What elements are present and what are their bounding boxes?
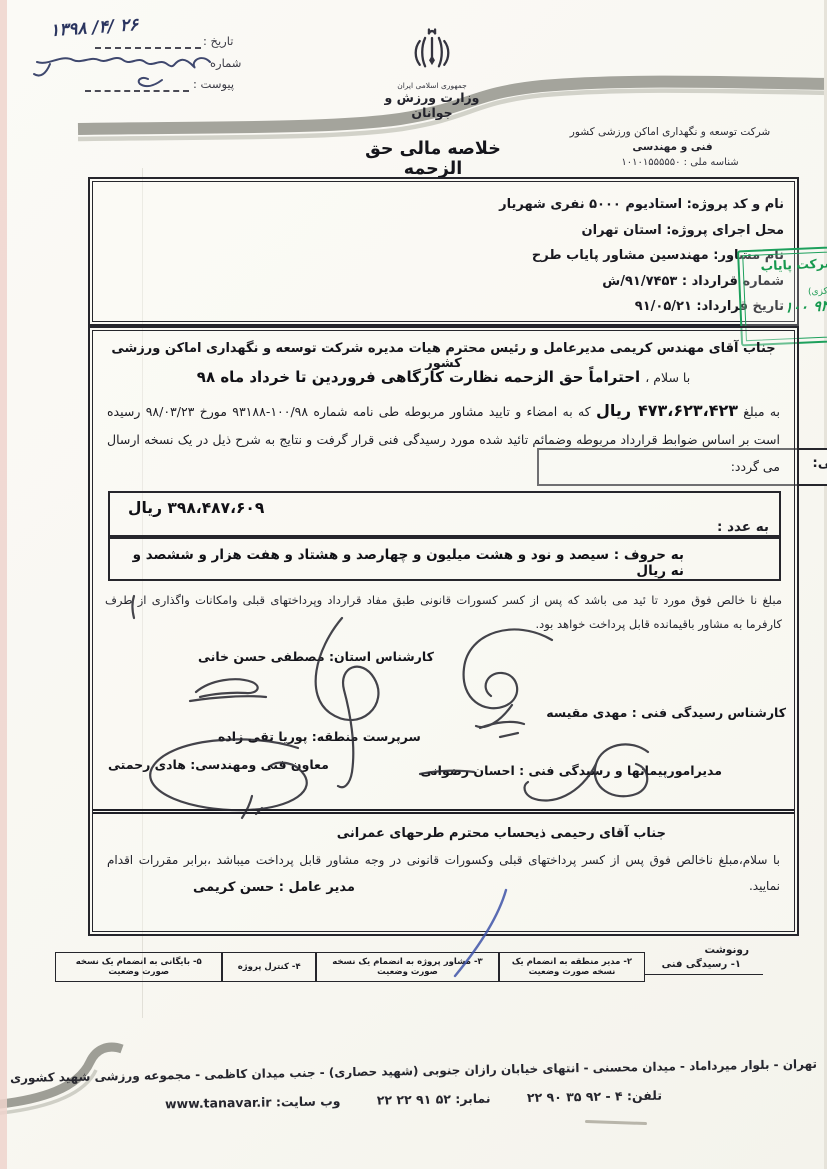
website-value: www.tanavar.ir: [165, 1094, 272, 1111]
company-logo: [625, 64, 827, 128]
signature-label-contracts-manager: مدیرامورپیمانها و رسیدگی فنی : احسان رضو…: [420, 763, 722, 778]
project-info-box: نام و کد پروژه: استادیوم ۵۰۰۰ نفری شهریا…: [88, 177, 799, 326]
section-divider: [93, 809, 794, 820]
managing-director-signature-label: مدیر عامل : حسن کریمی: [193, 880, 355, 895]
contract-number-row: شماره قرارداد : ۹۱/۷۴۵۳/ش: [364, 269, 784, 295]
letter-subject-line: با سلام ، احتراماً حق الزحمه نظارت کارگا…: [93, 367, 794, 386]
salutation: با سلام ،: [645, 370, 690, 385]
fax-label: نمابر:: [455, 1091, 491, 1107]
website-label: وب سایت:: [276, 1093, 341, 1109]
footer-phone: تلفن: ۴ - ۹۲ ۳۵ ۹۰ ۲۲: [522, 1088, 662, 1105]
phone-value: ۴ - ۹۲ ۳۵ ۹۰ ۲۲: [527, 1088, 623, 1105]
ministry-letterhead: جمهوری اسلامی ایران وزارت ورزش و جوانان: [372, 26, 492, 120]
signature-label-deputy: معاون فنی ومهندسی: هادی رحمتی: [108, 757, 329, 772]
stamp-title: ورود به دفتر شرکت پایاب طرح: [747, 251, 827, 289]
fine-print-note: مبلغ نا خالص فوق مورد تا ئید می باشد که …: [105, 588, 782, 636]
amount-prefix: به مبلغ: [743, 404, 780, 419]
document-title: خلاصه مالی حق الزحمه: [338, 139, 528, 179]
routing-label: رونوشت: [645, 944, 763, 956]
fax-value: ۵۲ ۹۱ ۲۲ ۲۲: [377, 1091, 451, 1107]
stamp-number-value: ۱۰۰ ــ ۹۸ ــ ۹۴.۱۱: [783, 296, 827, 317]
scan-edge-artifact: [0, 0, 7, 1169]
signature-label-province-expert: کارشناس استان: مصطفی حسن خانی: [198, 649, 434, 664]
previous-payment-label: پرداخت قبلی:: [812, 455, 827, 471]
footer-fax: نمابر: ۵۲ ۹۱ ۲۲ ۲۲: [372, 1091, 490, 1108]
company-national-id: شناسه ملی : ۱۰۱۰۱۵۵۵۵۵۰: [585, 157, 775, 168]
footer-website: وب سایت: www.tanavar.ir: [165, 1093, 341, 1111]
routing-item-3: ۳- مشاور پروژه به انضمام یک نسخه صورت وض…: [316, 952, 499, 982]
date-dashes: [95, 46, 201, 49]
attachment-label: پیوست :: [193, 77, 234, 91]
amount-in-words: به حروف : سیصد و نود و هشت میلیون و چهار…: [118, 547, 684, 579]
consultant-row: نام مشاور: مهندسین مشاور پایاب طرح: [364, 243, 784, 269]
letter-body-box-inner: جناب آقای مهندس کریمی مدیرعامل و رئیس مح…: [92, 330, 795, 932]
scanned-document-page: تاریخ : ۲۶ /۴/ ۱۳۹۸ شماره پیوست : جمهوری…: [0, 0, 827, 1169]
ministry-name: وزارت ورزش و جوانان: [372, 90, 492, 120]
handwritten-date: ۲۶ /۴/ ۱۳۹۸: [49, 15, 138, 41]
project-location-row: محل اجرای پروژه: استان تهران: [364, 218, 784, 244]
attachment-dashes: [85, 89, 189, 92]
number-label: شماره: [210, 56, 241, 70]
routing-item-5: ۵- بایگانی به انضمام یک نسخه صورت وضعیت: [55, 952, 222, 982]
iran-emblem-icon: [409, 26, 455, 76]
numeric-amount-label: به عدد :: [717, 519, 769, 535]
letter-subject: احتراماً حق الزحمه نظارت کارگاهی فروردین…: [197, 368, 640, 386]
footer-contacts: تلفن: ۴ - ۹۲ ۳۵ ۹۰ ۲۲ نمابر: ۵۲ ۹۱ ۲۲ ۲۲…: [0, 1085, 827, 1114]
gross-amount: ۴۷۳،۶۲۳،۴۲۳ ریال: [596, 401, 738, 420]
numeric-amount-value: ۳۹۸،۴۸۷،۶۰۹ ریال: [128, 499, 264, 517]
signature-label-technical-review: کارشناس رسیدگی فنی : مهدی مقیسه: [546, 705, 786, 720]
company-name: شرکت توسعه و نگهداری اماکن ورزشی کشور: [545, 126, 795, 138]
accountant-addressee: جناب آقای رحیمی ذیحساب محترم طرحهای عمرا…: [337, 826, 666, 841]
country-name: جمهوری اسلامی ایران: [372, 81, 492, 90]
routing-table: رونوشت ۱- رسیدگی فنی ۲- مدیر منطقه به ان…: [55, 944, 763, 982]
scan-mark: [585, 1120, 647, 1125]
project-info-box-inner: نام و کد پروژه: استادیوم ۵۰۰۰ نفری شهریا…: [92, 181, 795, 322]
contract-date-row: تاریخ قرارداد: ۹۱/۰۵/۲۱: [364, 294, 784, 320]
phone-label: تلفن:: [627, 1088, 662, 1104]
project-name-row: نام و کد پروژه: استادیوم ۵۰۰۰ نفری شهریا…: [364, 192, 784, 218]
amount-words-row: به حروف : سیصد و نود و هشت میلیون و چهار…: [108, 537, 781, 581]
date-label: تاریخ :: [203, 34, 233, 48]
project-info-fields: نام و کد پروژه: استادیوم ۵۰۰۰ نفری شهریا…: [364, 192, 784, 320]
letter-body-box: جناب آقای مهندس کریمی مدیرعامل و رئیس مح…: [88, 326, 799, 936]
amount-numeric-row: به عدد : ۳۹۸،۴۸۷،۶۰۹ ریال: [108, 491, 781, 537]
company-department: فنی و مهندسی: [600, 141, 745, 153]
routing-item-1: ۱- رسیدگی فنی: [645, 959, 763, 970]
routing-item-2: ۲- مدیر منطقه به انضمام یک نسخه صورت وضع…: [499, 952, 645, 982]
routing-item-4: ۴- کنترل پروژه: [222, 952, 316, 982]
signature-label-region-supervisor: سرپرست منطقه: پوریا تقی زاده: [218, 729, 421, 744]
footer-address: تهران - بلوار میرداماد - میدان محسنی - ا…: [0, 1057, 827, 1085]
letter-paragraph: به مبلغ ۴۷۳،۶۲۳،۴۲۳ ریال که به امضاء و ت…: [107, 397, 780, 481]
routing-first-cell: رونوشت ۱- رسیدگی فنی: [645, 944, 763, 975]
